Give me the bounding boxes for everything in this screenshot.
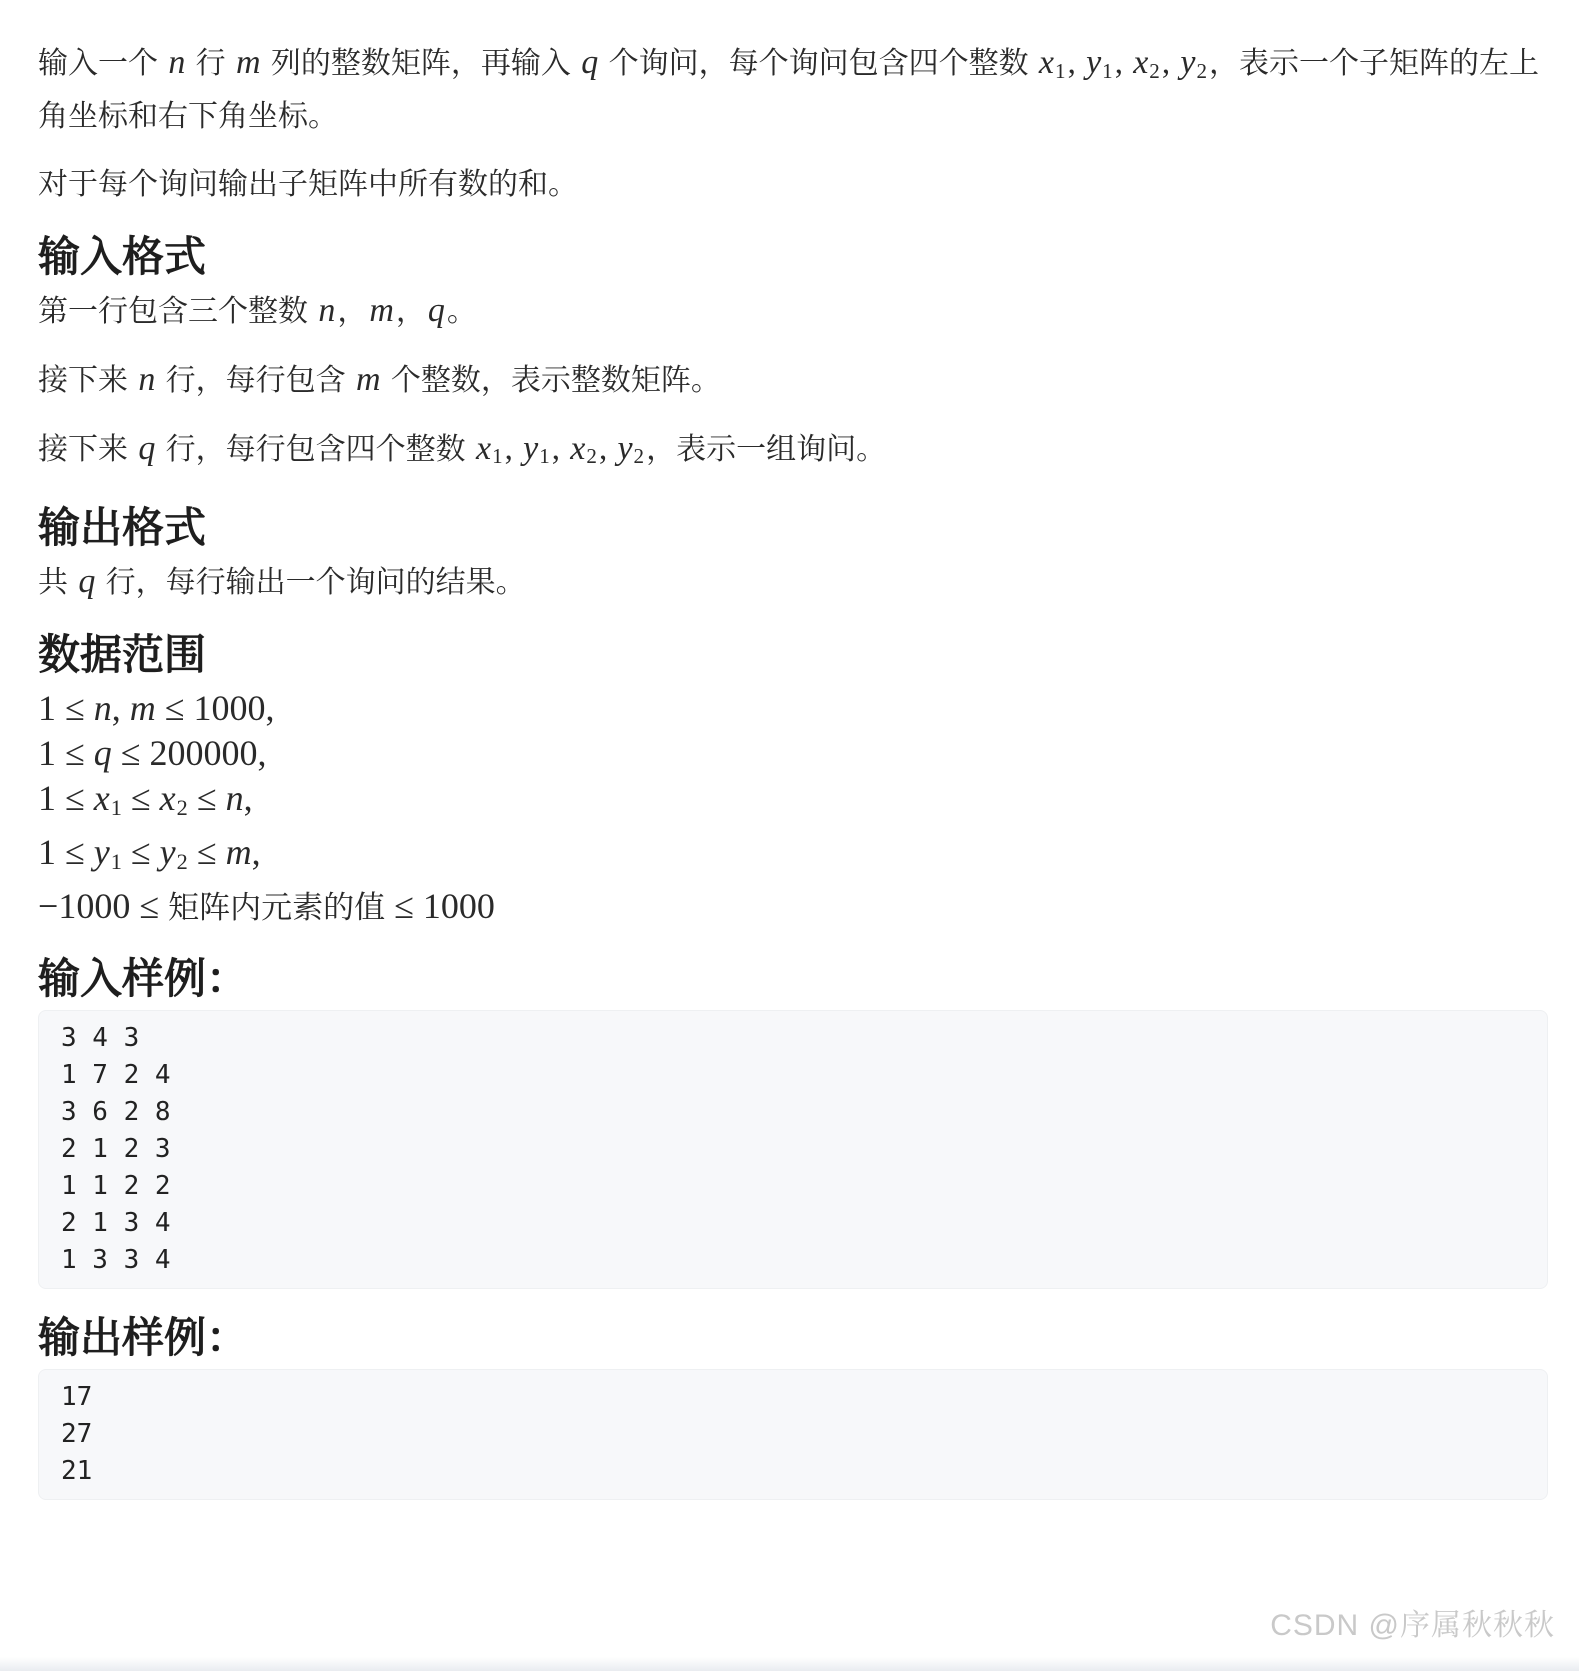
constraint-line: 1 ≤ y1 ≤ y2 ≤ m, xyxy=(38,830,1548,884)
math-v: m xyxy=(236,44,261,81)
text-run: 角坐标和右下角坐标。 xyxy=(38,100,338,133)
math-v: n xyxy=(168,44,185,81)
math-v: q xyxy=(581,44,598,81)
math-o: , xyxy=(1162,45,1179,81)
math-v: q xyxy=(138,430,155,467)
data-range-heading: 数据范围 xyxy=(38,630,1548,680)
math-v: m xyxy=(369,292,394,329)
math-subscript: 2 xyxy=(1149,59,1160,83)
input-format-line-2: 接下来 n 行，每行包含 m 个整数，表示整数矩阵。 xyxy=(38,357,1548,404)
text-run: 行，每行包含四个整数 xyxy=(157,433,474,466)
text-run: 。 xyxy=(447,295,477,328)
code-line: 1 1 2 2 xyxy=(61,1168,1525,1205)
math-o: ≤ xyxy=(188,778,226,818)
constraint-line: 1 ≤ x1 ≤ x2 ≤ n, xyxy=(38,776,1548,830)
math-n: 1 xyxy=(38,688,56,728)
output-sample-heading: 输出样例： xyxy=(38,1313,1548,1363)
constraint-line: 1 ≤ n, m ≤ 1000, xyxy=(38,686,1548,731)
text-run: 接下来 xyxy=(38,364,136,397)
math-subscript: 1 xyxy=(111,795,122,820)
text-run: 行，每行输出一个询问的结果。 xyxy=(97,566,525,599)
code-line: 21 xyxy=(61,1453,1525,1490)
math-o: ≤ xyxy=(112,733,150,773)
math-o: , xyxy=(258,733,267,773)
math-o: ≤ xyxy=(385,886,423,926)
math-v: y2 xyxy=(160,832,188,872)
constraint-line: 1 ≤ q ≤ 200000, xyxy=(38,731,1548,776)
math-o: , xyxy=(266,688,275,728)
output-format-heading: 输出格式 xyxy=(38,503,1548,553)
problem-intro-paragraph: 输入一个 n 行 m 列的整数矩阵，再输入 q 个询问，每个询问包含四个整数 x… xyxy=(38,40,1548,140)
math-v: y2 xyxy=(617,430,644,467)
math-v: n xyxy=(318,292,335,329)
problem-statement: 输入一个 n 行 m 列的整数矩阵，再输入 q 个询问，每个询问包含四个整数 x… xyxy=(0,0,1579,1500)
math-v: x1 xyxy=(476,430,503,467)
math-v: x2 xyxy=(160,778,188,818)
text-run: 输入一个 xyxy=(38,47,166,80)
math-v: m xyxy=(356,361,381,398)
text-run: 列的整数矩阵，再输入 xyxy=(263,47,580,80)
math-o: , xyxy=(599,431,616,467)
constraint-line: −1000 ≤ 矩阵内元素的值 ≤ 1000 xyxy=(38,884,1548,930)
math-o: , xyxy=(552,431,569,467)
math-o: , xyxy=(505,431,522,467)
math-v: q xyxy=(428,292,445,329)
math-o: ≤ xyxy=(56,778,94,818)
math-v: q xyxy=(94,733,112,773)
text-run: ，表示一个子矩阵的左上 xyxy=(1209,47,1539,80)
math-v: x1 xyxy=(94,778,122,818)
math-v: n xyxy=(138,361,155,398)
math-o: , xyxy=(244,778,253,818)
math-v: x2 xyxy=(1133,44,1160,81)
math-subscript: 2 xyxy=(586,444,597,468)
text-run: 行 xyxy=(187,47,234,80)
math-o: ≤ xyxy=(56,733,94,773)
math-subscript: 1 xyxy=(111,849,122,874)
input-sample-block: 3 4 31 7 2 43 6 2 82 1 2 31 1 2 22 1 3 4… xyxy=(38,1010,1548,1289)
code-line: 27 xyxy=(61,1416,1525,1453)
math-n: 200000 xyxy=(150,733,258,773)
math-v: x1 xyxy=(1039,44,1066,81)
text-run: ， xyxy=(337,295,367,328)
math-v: m xyxy=(130,688,156,728)
math-v: n xyxy=(226,778,244,818)
math-v: q xyxy=(78,563,95,600)
math-o: ≤ xyxy=(122,832,160,872)
math-o: ≤ xyxy=(188,832,226,872)
math-v: m xyxy=(226,832,252,872)
output-sample-block: 172721 xyxy=(38,1369,1548,1500)
math-subscript: 1 xyxy=(1102,59,1113,83)
math-o: ≤ xyxy=(56,688,94,728)
math-n: 1000 xyxy=(423,886,495,926)
text-run: 对于每个询问输出子矩阵中所有数的和。 xyxy=(38,168,578,201)
code-line: 2 1 3 4 xyxy=(61,1205,1525,1242)
math-subscript: 2 xyxy=(177,795,188,820)
math-v: y1 xyxy=(523,430,550,467)
problem-task-paragraph: 对于每个询问输出子矩阵中所有数的和。 xyxy=(38,162,1548,208)
math-v: n xyxy=(94,688,112,728)
math-n: 1 xyxy=(38,778,56,818)
math-subscript: 2 xyxy=(177,849,188,874)
math-v: y1 xyxy=(94,832,122,872)
data-range-constraints: 1 ≤ n, m ≤ 1000, 1 ≤ q ≤ 200000, 1 ≤ x1 … xyxy=(38,686,1548,930)
input-format-line-1: 第一行包含三个整数 n，m，q。 xyxy=(38,288,1548,335)
math-subscript: 1 xyxy=(492,444,503,468)
input-sample-heading: 输入样例： xyxy=(38,954,1548,1004)
math-subscript: 2 xyxy=(1196,59,1207,83)
math-o: ≤ xyxy=(130,886,168,926)
math-o: ≤ xyxy=(56,832,94,872)
math-o: , xyxy=(252,832,261,872)
text-run: 共 xyxy=(38,566,76,599)
math-subscript: 2 xyxy=(634,444,645,468)
math-o: ≤ xyxy=(156,688,194,728)
input-format-line-3: 接下来 q 行，每行包含四个整数 x1, y1, x2, y2，表示一组询问。 xyxy=(38,426,1548,480)
output-format-line: 共 q 行，每行输出一个询问的结果。 xyxy=(38,559,1548,606)
code-line: 17 xyxy=(61,1379,1525,1416)
code-line: 1 7 2 4 xyxy=(61,1057,1525,1094)
math-v: y2 xyxy=(1180,44,1207,81)
math-n: 1000 xyxy=(194,688,266,728)
math-o: , xyxy=(1115,45,1132,81)
text-run: 第一行包含三个整数 xyxy=(38,295,316,328)
code-line: 3 6 2 8 xyxy=(61,1094,1525,1131)
input-format-heading: 输入格式 xyxy=(38,232,1548,282)
text-run: 矩阵内元素的值 xyxy=(168,890,385,925)
text-run: ，表示一组询问。 xyxy=(646,433,886,466)
csdn-watermark: CSDN @序属秋秋秋 xyxy=(1270,1600,1555,1644)
code-line: 2 1 2 3 xyxy=(61,1131,1525,1168)
math-v: y1 xyxy=(1086,44,1113,81)
text-run: 个询问，每个询问包含四个整数 xyxy=(600,47,1037,80)
math-v: x2 xyxy=(570,430,597,467)
math-n: 1000 xyxy=(58,886,130,926)
math-o: ≤ xyxy=(122,778,160,818)
math-subscript: 1 xyxy=(1055,59,1066,83)
bottom-fade-strip xyxy=(0,1657,1579,1671)
math-n: 1 xyxy=(38,832,56,872)
text-run: ， xyxy=(396,295,426,328)
text-run: 个整数，表示整数矩阵。 xyxy=(383,364,721,397)
code-line: 3 4 3 xyxy=(61,1020,1525,1057)
math-subscript: 1 xyxy=(539,444,550,468)
text-run: 接下来 xyxy=(38,433,136,466)
math-o: , xyxy=(1068,45,1085,81)
math-n: 1 xyxy=(38,733,56,773)
math-o: , xyxy=(112,688,130,728)
text-run: 行，每行包含 xyxy=(157,364,354,397)
math-o: − xyxy=(38,886,58,926)
code-line: 1 3 3 4 xyxy=(61,1242,1525,1279)
